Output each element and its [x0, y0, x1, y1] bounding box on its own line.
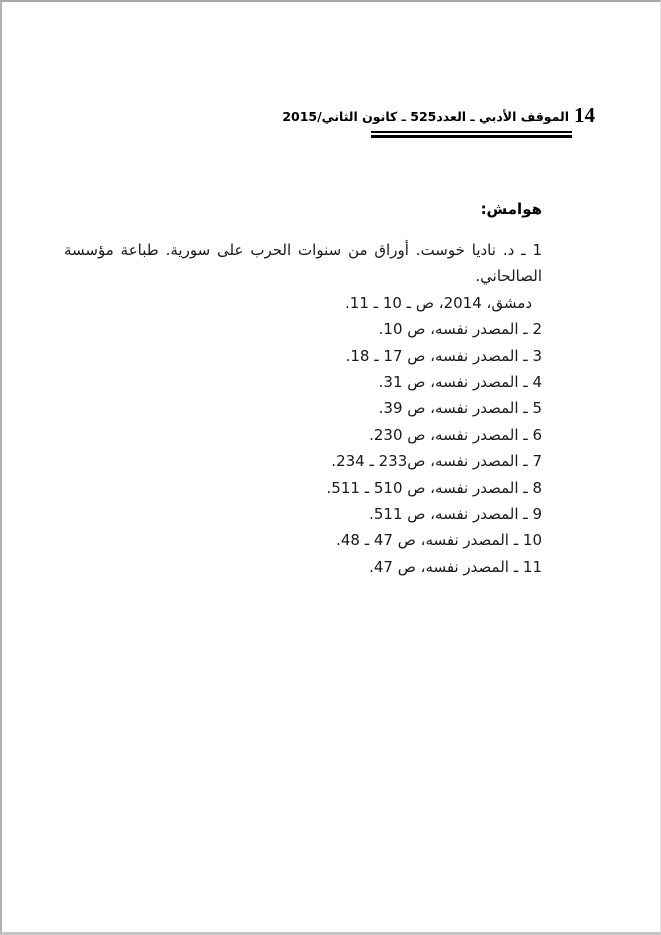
footnote-10: 10 ـ المصدر نفسه، ص 47 ـ 48.: [64, 527, 542, 553]
footnote-4: 4 ـ المصدر نفسه، ص 31.: [64, 369, 542, 395]
footnote-1-line-1: 1 ـ د. ناديا خوست. أوراق من سنوات الحرب …: [64, 237, 542, 290]
page-number: 14: [574, 103, 595, 127]
footnotes-heading: هوامش:: [481, 198, 542, 220]
journal-header-title: الموقف الأدبي ـ العدد525 ـ كانون الثاني/…: [282, 108, 569, 126]
header-double-rule: [371, 131, 572, 138]
footnotes-list: 1 ـ د. ناديا خوست. أوراق من سنوات الحرب …: [64, 237, 542, 580]
footnote-5: 5 ـ المصدر نفسه، ص 39.: [64, 395, 542, 421]
footnote-3: 3 ـ المصدر نفسه، ص 17 ـ 18.: [64, 343, 542, 369]
scanned-journal-page: 14 الموقف الأدبي ـ العدد525 ـ كانون الثا…: [0, 0, 661, 935]
footnote-11: 11 ـ المصدر نفسه، ص 47.: [64, 554, 542, 580]
footnote-6: 6 ـ المصدر نفسه، ص 230.: [64, 422, 542, 448]
footnote-9: 9 ـ المصدر نفسه، ص 511.: [64, 501, 542, 527]
footnote-7: 7 ـ المصدر نفسه، ص233 ـ 234.: [64, 448, 542, 474]
footnote-2: 2 ـ المصدر نفسه، ص 10.: [64, 316, 542, 342]
footnote-1-line-2: دمشق، 2014، ص ـ 10 ـ 11.: [64, 290, 542, 316]
footnote-8: 8 ـ المصدر نفسه، ص 510 ـ 511.: [64, 475, 542, 501]
